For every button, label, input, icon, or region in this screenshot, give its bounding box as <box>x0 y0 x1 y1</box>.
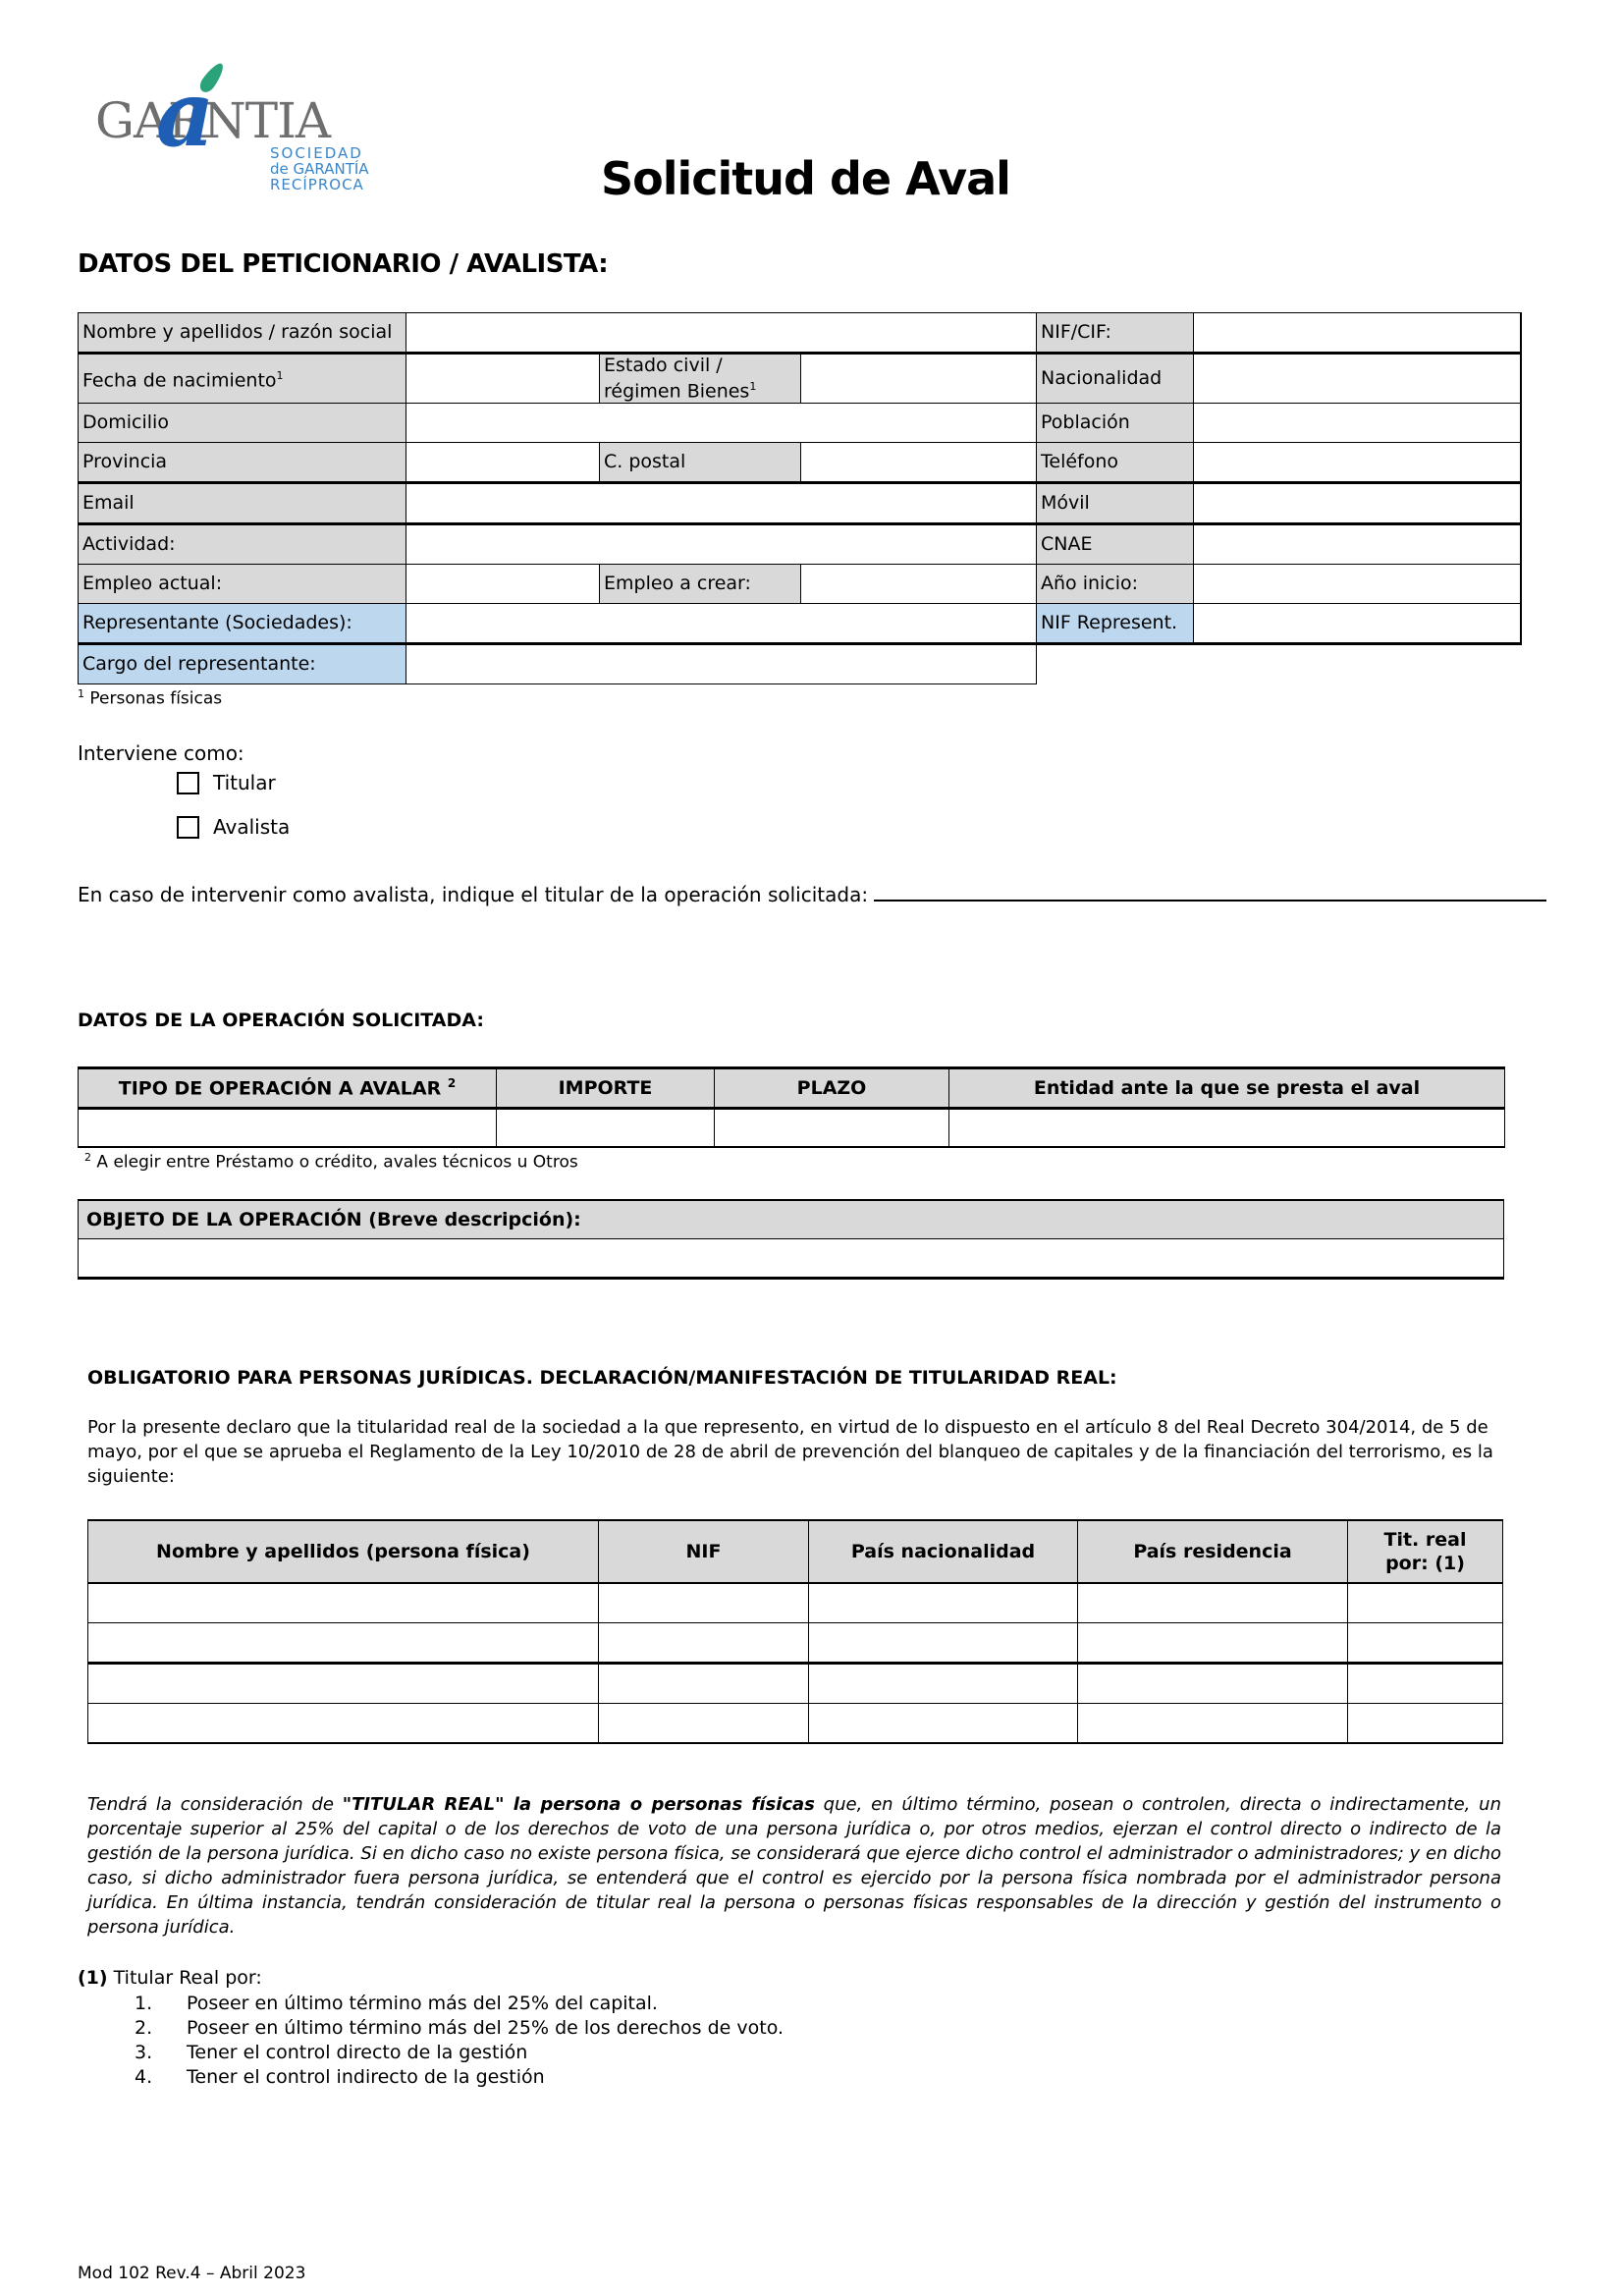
label-cargo-representante: Cargo del representante: <box>79 644 406 684</box>
col-nombre: Nombre y apellidos (persona física) <box>88 1520 599 1583</box>
estado-civil-field[interactable] <box>801 354 1037 404</box>
table-header-row: TIPO DE OPERACIÓN A AVALAR 2 IMPORTE PLA… <box>79 1068 1505 1109</box>
definition-bold-text: "TITULAR REAL" la persona o personas fís… <box>343 1794 815 1815</box>
footnote-ref: 2 <box>448 1076 456 1090</box>
tit-real-cell[interactable] <box>1348 1664 1503 1704</box>
list-item: 4.Tener el control indirecto de la gesti… <box>135 2065 784 2090</box>
titular-head-text: Titular Real por: <box>114 1967 262 1989</box>
poblacion-field[interactable] <box>1194 404 1521 443</box>
section-heading-operacion: DATOS DE LA OPERACIÓN SOLICITADA: <box>78 1010 484 1031</box>
table-row: Email Móvil <box>79 483 1521 524</box>
list-text: Poseer en último término más del 25% del… <box>187 1992 658 2016</box>
logo-sub-line: RECÍPROCA <box>270 177 369 192</box>
footnote-tipo-operacion: 2 A elegir entre Préstamo o crédito, ava… <box>84 1151 578 1173</box>
label-movil: Móvil <box>1037 483 1194 524</box>
label-text: Fecha de nacimiento <box>82 370 277 392</box>
residencia-cell[interactable] <box>1078 1704 1348 1744</box>
empleo-actual-field[interactable] <box>406 565 600 604</box>
table-row: Cargo del representante: <box>79 644 1521 684</box>
section-heading-titularidad: OBLIGATORIO PARA PERSONAS JURÍDICAS. DEC… <box>87 1367 1117 1389</box>
table-row: Nombre y apellidos / razón social NIF/CI… <box>79 313 1521 354</box>
label-actividad: Actividad: <box>79 524 406 565</box>
table-row <box>88 1664 1503 1704</box>
nombre-cell[interactable] <box>88 1664 599 1704</box>
cargo-representante-field[interactable] <box>406 644 1037 684</box>
col-importe: IMPORTE <box>497 1068 715 1109</box>
nif-cell[interactable] <box>599 1623 809 1664</box>
empleo-crear-field[interactable] <box>801 565 1037 604</box>
nif-cell[interactable] <box>599 1583 809 1623</box>
checkbox-titular[interactable] <box>177 772 199 794</box>
footnote-marker: 1 <box>78 687 84 700</box>
col-tipo-operacion: TIPO DE OPERACIÓN A AVALAR 2 <box>79 1068 497 1109</box>
logo-sub-line: de GARANTÍA <box>270 161 369 177</box>
logo-word-right: NTIA <box>203 96 330 145</box>
declaration-text: Por la presente declaro que la titularid… <box>87 1415 1501 1489</box>
titular-operacion-field[interactable] <box>874 882 1546 902</box>
nif-cell[interactable] <box>599 1664 809 1704</box>
operacion-table: TIPO DE OPERACIÓN A AVALAR 2 IMPORTE PLA… <box>78 1066 1505 1148</box>
titular-ref: (1) <box>78 1967 108 1989</box>
entidad-field[interactable] <box>949 1109 1505 1148</box>
label-ano-inicio: Año inicio: <box>1037 565 1194 604</box>
footnote-ref: 1 <box>277 369 284 382</box>
titularidad-table: Nombre y apellidos (persona física) NIF … <box>87 1519 1503 1744</box>
domicilio-field[interactable] <box>406 404 1037 443</box>
logo-subtitle: SOCIEDAD de GARANTÍA RECÍPROCA <box>270 145 369 192</box>
titular-real-definition: Tendrá la consideración de "TITULAR REAL… <box>87 1792 1501 1940</box>
telefono-field[interactable] <box>1194 443 1521 483</box>
actividad-field[interactable] <box>406 524 1037 565</box>
interviene-label: Interviene como: <box>78 741 244 765</box>
table-row: Domicilio Población <box>79 404 1521 443</box>
label-codigo-postal: C. postal <box>600 443 801 483</box>
option-label: Titular <box>213 771 276 794</box>
plazo-field[interactable] <box>715 1109 949 1148</box>
label-estado-civil: Estado civil / régimen Bienes1 <box>600 354 801 404</box>
col-tit-real: Tit. real por: (1) <box>1348 1520 1503 1583</box>
fecha-nacimiento-field[interactable] <box>406 354 600 404</box>
option-label: Avalista <box>213 815 290 839</box>
nacionalidad-field[interactable] <box>1194 354 1521 404</box>
definition-text: Tendrá la consideración de <box>87 1794 343 1815</box>
checkbox-avalista[interactable] <box>177 816 199 839</box>
provincia-field[interactable] <box>406 443 600 483</box>
tipo-operacion-field[interactable] <box>79 1109 497 1148</box>
label-cnae: CNAE <box>1037 524 1194 565</box>
col-pais-residencia: País residencia <box>1078 1520 1348 1583</box>
list-number: 4. <box>135 2065 187 2090</box>
label-domicilio: Domicilio <box>79 404 406 443</box>
table-row <box>88 1704 1503 1744</box>
list-number: 2. <box>135 2016 187 2041</box>
nacionalidad-cell[interactable] <box>809 1664 1078 1704</box>
label-empleo-actual: Empleo actual: <box>79 565 406 604</box>
label-text: Estado civil / <box>604 355 796 376</box>
nif-cell[interactable] <box>599 1704 809 1744</box>
list-number: 3. <box>135 2041 187 2065</box>
list-text: Tener el control directo de la gestión <box>187 2041 527 2065</box>
label-nif-cif: NIF/CIF: <box>1037 313 1194 354</box>
col-pais-nacionalidad: País nacionalidad <box>809 1520 1078 1583</box>
titular-real-list: 1.Poseer en último término más del 25% d… <box>135 1992 784 2090</box>
col-entidad: Entidad ante la que se presta el aval <box>949 1068 1505 1109</box>
footnote-text: A elegir entre Préstamo o crédito, avale… <box>96 1153 577 1173</box>
tit-real-cell[interactable] <box>1348 1583 1503 1623</box>
section-heading-peticionario: DATOS DEL PETICIONARIO / AVALISTA: <box>78 249 608 279</box>
footnote-text: Personas físicas <box>89 689 222 709</box>
list-number: 1. <box>135 1992 187 2016</box>
nombre-cell[interactable] <box>88 1704 599 1744</box>
label-email: Email <box>79 483 406 524</box>
list-text: Tener el control indirecto de la gestión <box>187 2065 545 2090</box>
table-row: Representante (Sociedades): NIF Represen… <box>79 604 1521 644</box>
table-header-row: Nombre y apellidos (persona física) NIF … <box>88 1520 1503 1583</box>
email-field[interactable] <box>406 483 1037 524</box>
nacionalidad-cell[interactable] <box>809 1623 1078 1664</box>
movil-field[interactable] <box>1194 483 1521 524</box>
logo-accent-letter: a <box>156 69 215 159</box>
importe-field[interactable] <box>497 1109 715 1148</box>
footnote-personas-fisicas: 1 Personas físicas <box>78 687 222 709</box>
header-text: TIPO DE OPERACIÓN A AVALAR <box>119 1078 441 1100</box>
list-item: 1.Poseer en último término más del 25% d… <box>135 1992 784 2016</box>
label-provincia: Provincia <box>79 443 406 483</box>
nif-representante-field[interactable] <box>1194 604 1521 644</box>
label-fecha-nacimiento: Fecha de nacimiento1 <box>79 354 406 404</box>
footnote-marker: 2 <box>84 1151 91 1164</box>
footnote-ref: 1 <box>749 380 756 393</box>
peticionario-table: Nombre y apellidos / razón social NIF/CI… <box>78 312 1522 684</box>
tit-real-cell[interactable] <box>1348 1623 1503 1664</box>
nombre-cell[interactable] <box>88 1623 599 1664</box>
label-text: régimen Bienes <box>604 380 749 402</box>
cnae-field[interactable] <box>1194 524 1521 565</box>
objeto-label: OBJETO DE LA OPERACIÓN (Breve descripció… <box>79 1200 1504 1239</box>
label-nacionalidad: Nacionalidad <box>1037 354 1194 404</box>
nombre-cell[interactable] <box>88 1583 599 1623</box>
objeto-table: OBJETO DE LA OPERACIÓN (Breve descripció… <box>78 1199 1504 1280</box>
titular-real-heading: (1) Titular Real por: <box>78 1967 262 1989</box>
label-empleo-crear: Empleo a crear: <box>600 565 801 604</box>
table-header-row: OBJETO DE LA OPERACIÓN (Breve descripció… <box>79 1200 1504 1239</box>
list-item: 2.Poseer en último término más del 25% d… <box>135 2016 784 2041</box>
residencia-cell[interactable] <box>1078 1623 1348 1664</box>
label-representante: Representante (Sociedades): <box>79 604 406 644</box>
residencia-cell[interactable] <box>1078 1583 1348 1623</box>
col-plazo: PLAZO <box>715 1068 949 1109</box>
empty-cell <box>1037 644 1521 684</box>
nif-cif-field[interactable] <box>1194 313 1521 354</box>
label-nombre: Nombre y apellidos / razón social <box>79 313 406 354</box>
label-nif-representante: NIF Represent. <box>1037 604 1194 644</box>
codigo-postal-field[interactable] <box>801 443 1037 483</box>
table-row: Actividad: CNAE <box>79 524 1521 565</box>
nombre-field[interactable] <box>406 313 1037 354</box>
avalista-titular-prompt: En caso de intervenir como avalista, ind… <box>78 882 1546 906</box>
definition-text: que, en último término, posean o control… <box>87 1794 1501 1938</box>
table-row: Empleo actual: Empleo a crear: Año inici… <box>79 565 1521 604</box>
tit-real-cell[interactable] <box>1348 1704 1503 1744</box>
table-row <box>79 1109 1505 1148</box>
prompt-text: En caso de intervenir como avalista, ind… <box>78 883 868 906</box>
table-row <box>79 1239 1504 1279</box>
table-row: Fecha de nacimiento1 Estado civil / régi… <box>79 354 1521 404</box>
objeto-field[interactable] <box>79 1239 1504 1279</box>
nacionalidad-cell[interactable] <box>809 1704 1078 1744</box>
representante-field[interactable] <box>406 604 1037 644</box>
label-poblacion: Población <box>1037 404 1194 443</box>
form-version-footer: Mod 102 Rev.4 – Abril 2023 <box>78 2264 305 2283</box>
residencia-cell[interactable] <box>1078 1664 1348 1704</box>
option-titular[interactable]: Titular <box>177 771 276 794</box>
page-title: Solicitud de Aval <box>601 152 1010 205</box>
table-row: Provincia C. postal Teléfono <box>79 443 1521 483</box>
label-telefono: Teléfono <box>1037 443 1194 483</box>
logo-sub-line: SOCIEDAD <box>270 145 369 161</box>
col-nif: NIF <box>599 1520 809 1583</box>
nacionalidad-cell[interactable] <box>809 1583 1078 1623</box>
table-row <box>88 1623 1503 1664</box>
ano-inicio-field[interactable] <box>1194 565 1521 604</box>
option-avalista[interactable]: Avalista <box>177 815 290 839</box>
garantia-logo: GAR NTIA a SOCIEDAD de GARANTÍA RECÍPROC… <box>95 61 409 198</box>
list-item: 3.Tener el control directo de la gestión <box>135 2041 784 2065</box>
list-text: Poseer en último término más del 25% de … <box>187 2016 784 2041</box>
table-row <box>88 1583 1503 1623</box>
